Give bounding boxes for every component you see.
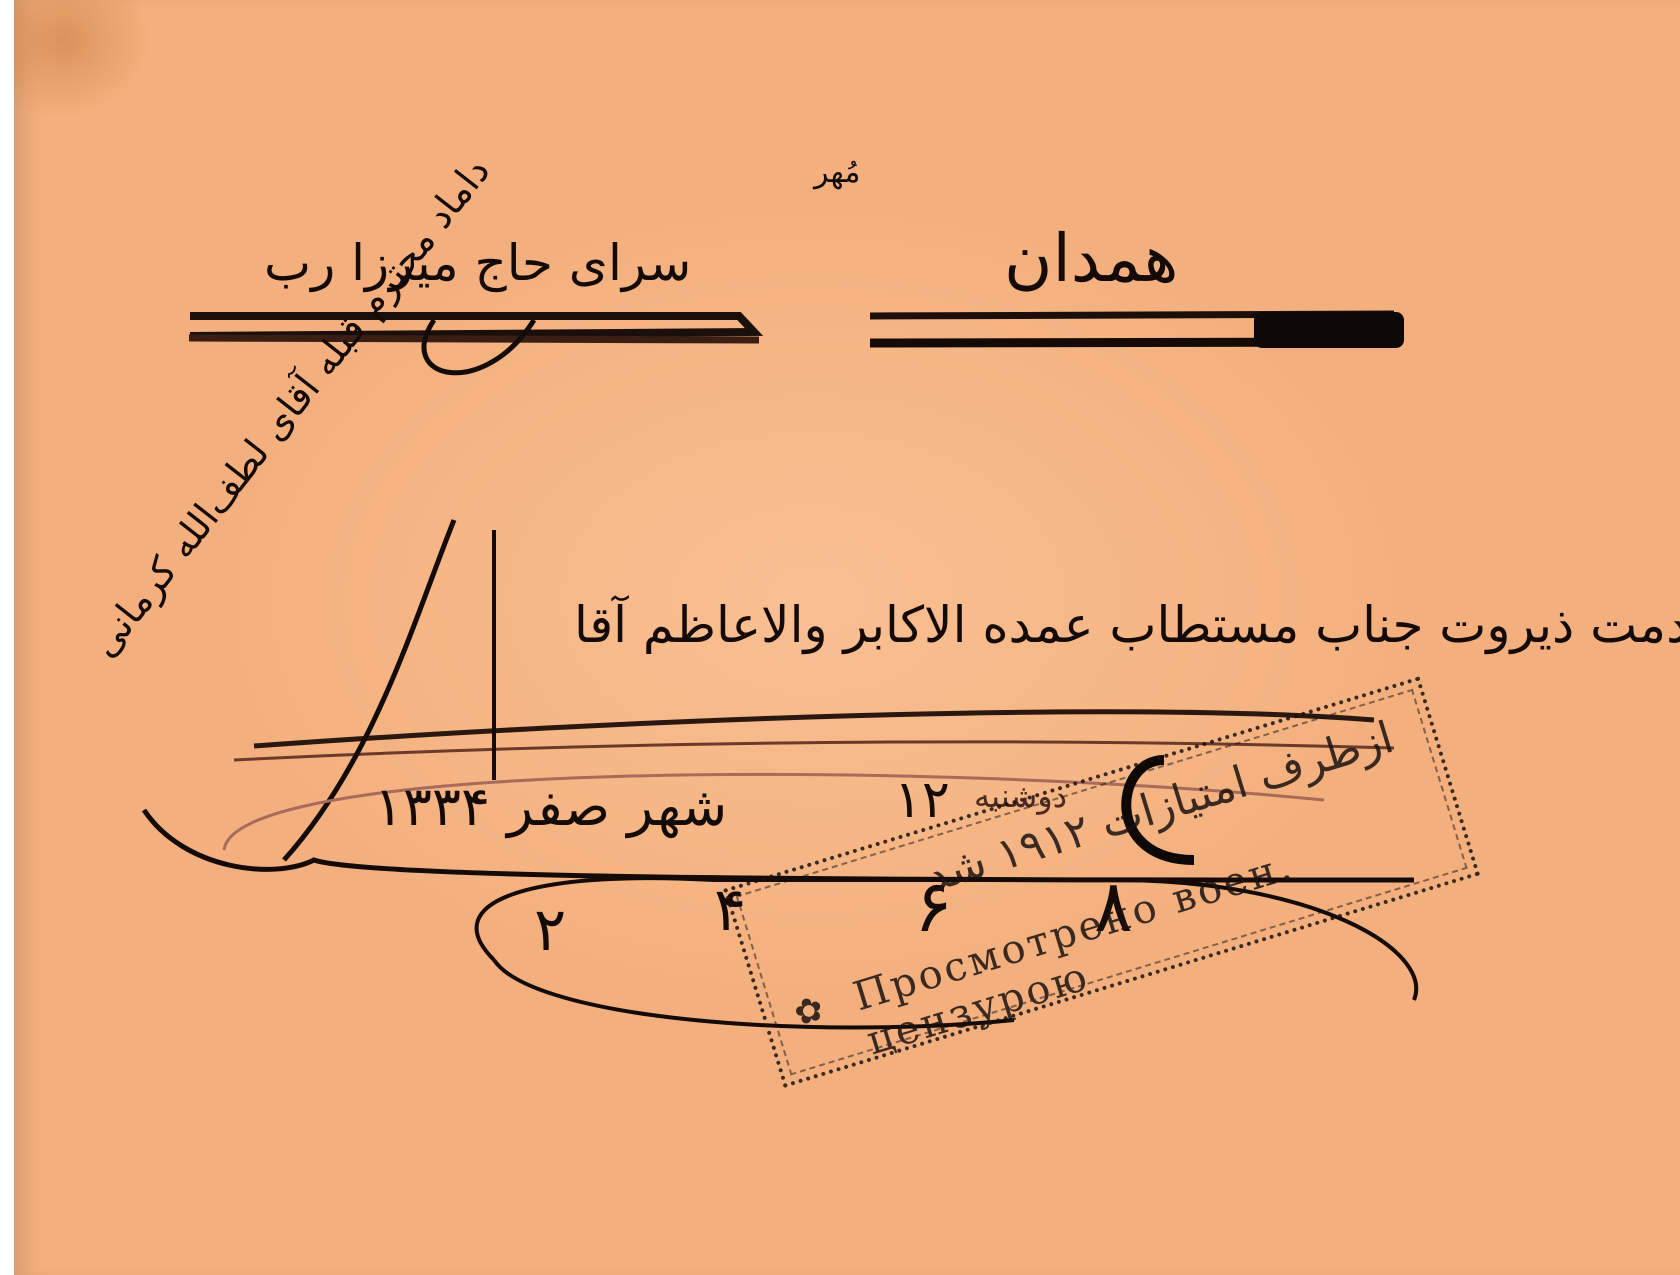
addressee-line: خدمت ذیروت جناب مستطاب عمده الاکابر والا…: [574, 600, 1680, 650]
date-day: ۱۲: [894, 774, 950, 826]
mark-top: مُهر: [814, 158, 860, 188]
date-month-year: شهر صفر ۱۳۳۴: [374, 780, 727, 834]
destination-city: همدان: [1004, 226, 1178, 292]
number-1: ۲: [534, 900, 566, 960]
address-left: سرای حاج میرزا رب: [264, 238, 691, 288]
rosette-icon: ✿: [789, 988, 828, 1035]
margin-note: داماد محترم قبله آقای لطف‌الله کرمانی: [84, 151, 496, 663]
censor-stamp: ✿ ازطرف امتیازات ۱۹۱۲ شد Просмотрено вое…: [723, 676, 1480, 1088]
envelope: مُهر سرای حاج میرزا رب همدان خدمت ذیروت …: [14, 0, 1680, 1275]
